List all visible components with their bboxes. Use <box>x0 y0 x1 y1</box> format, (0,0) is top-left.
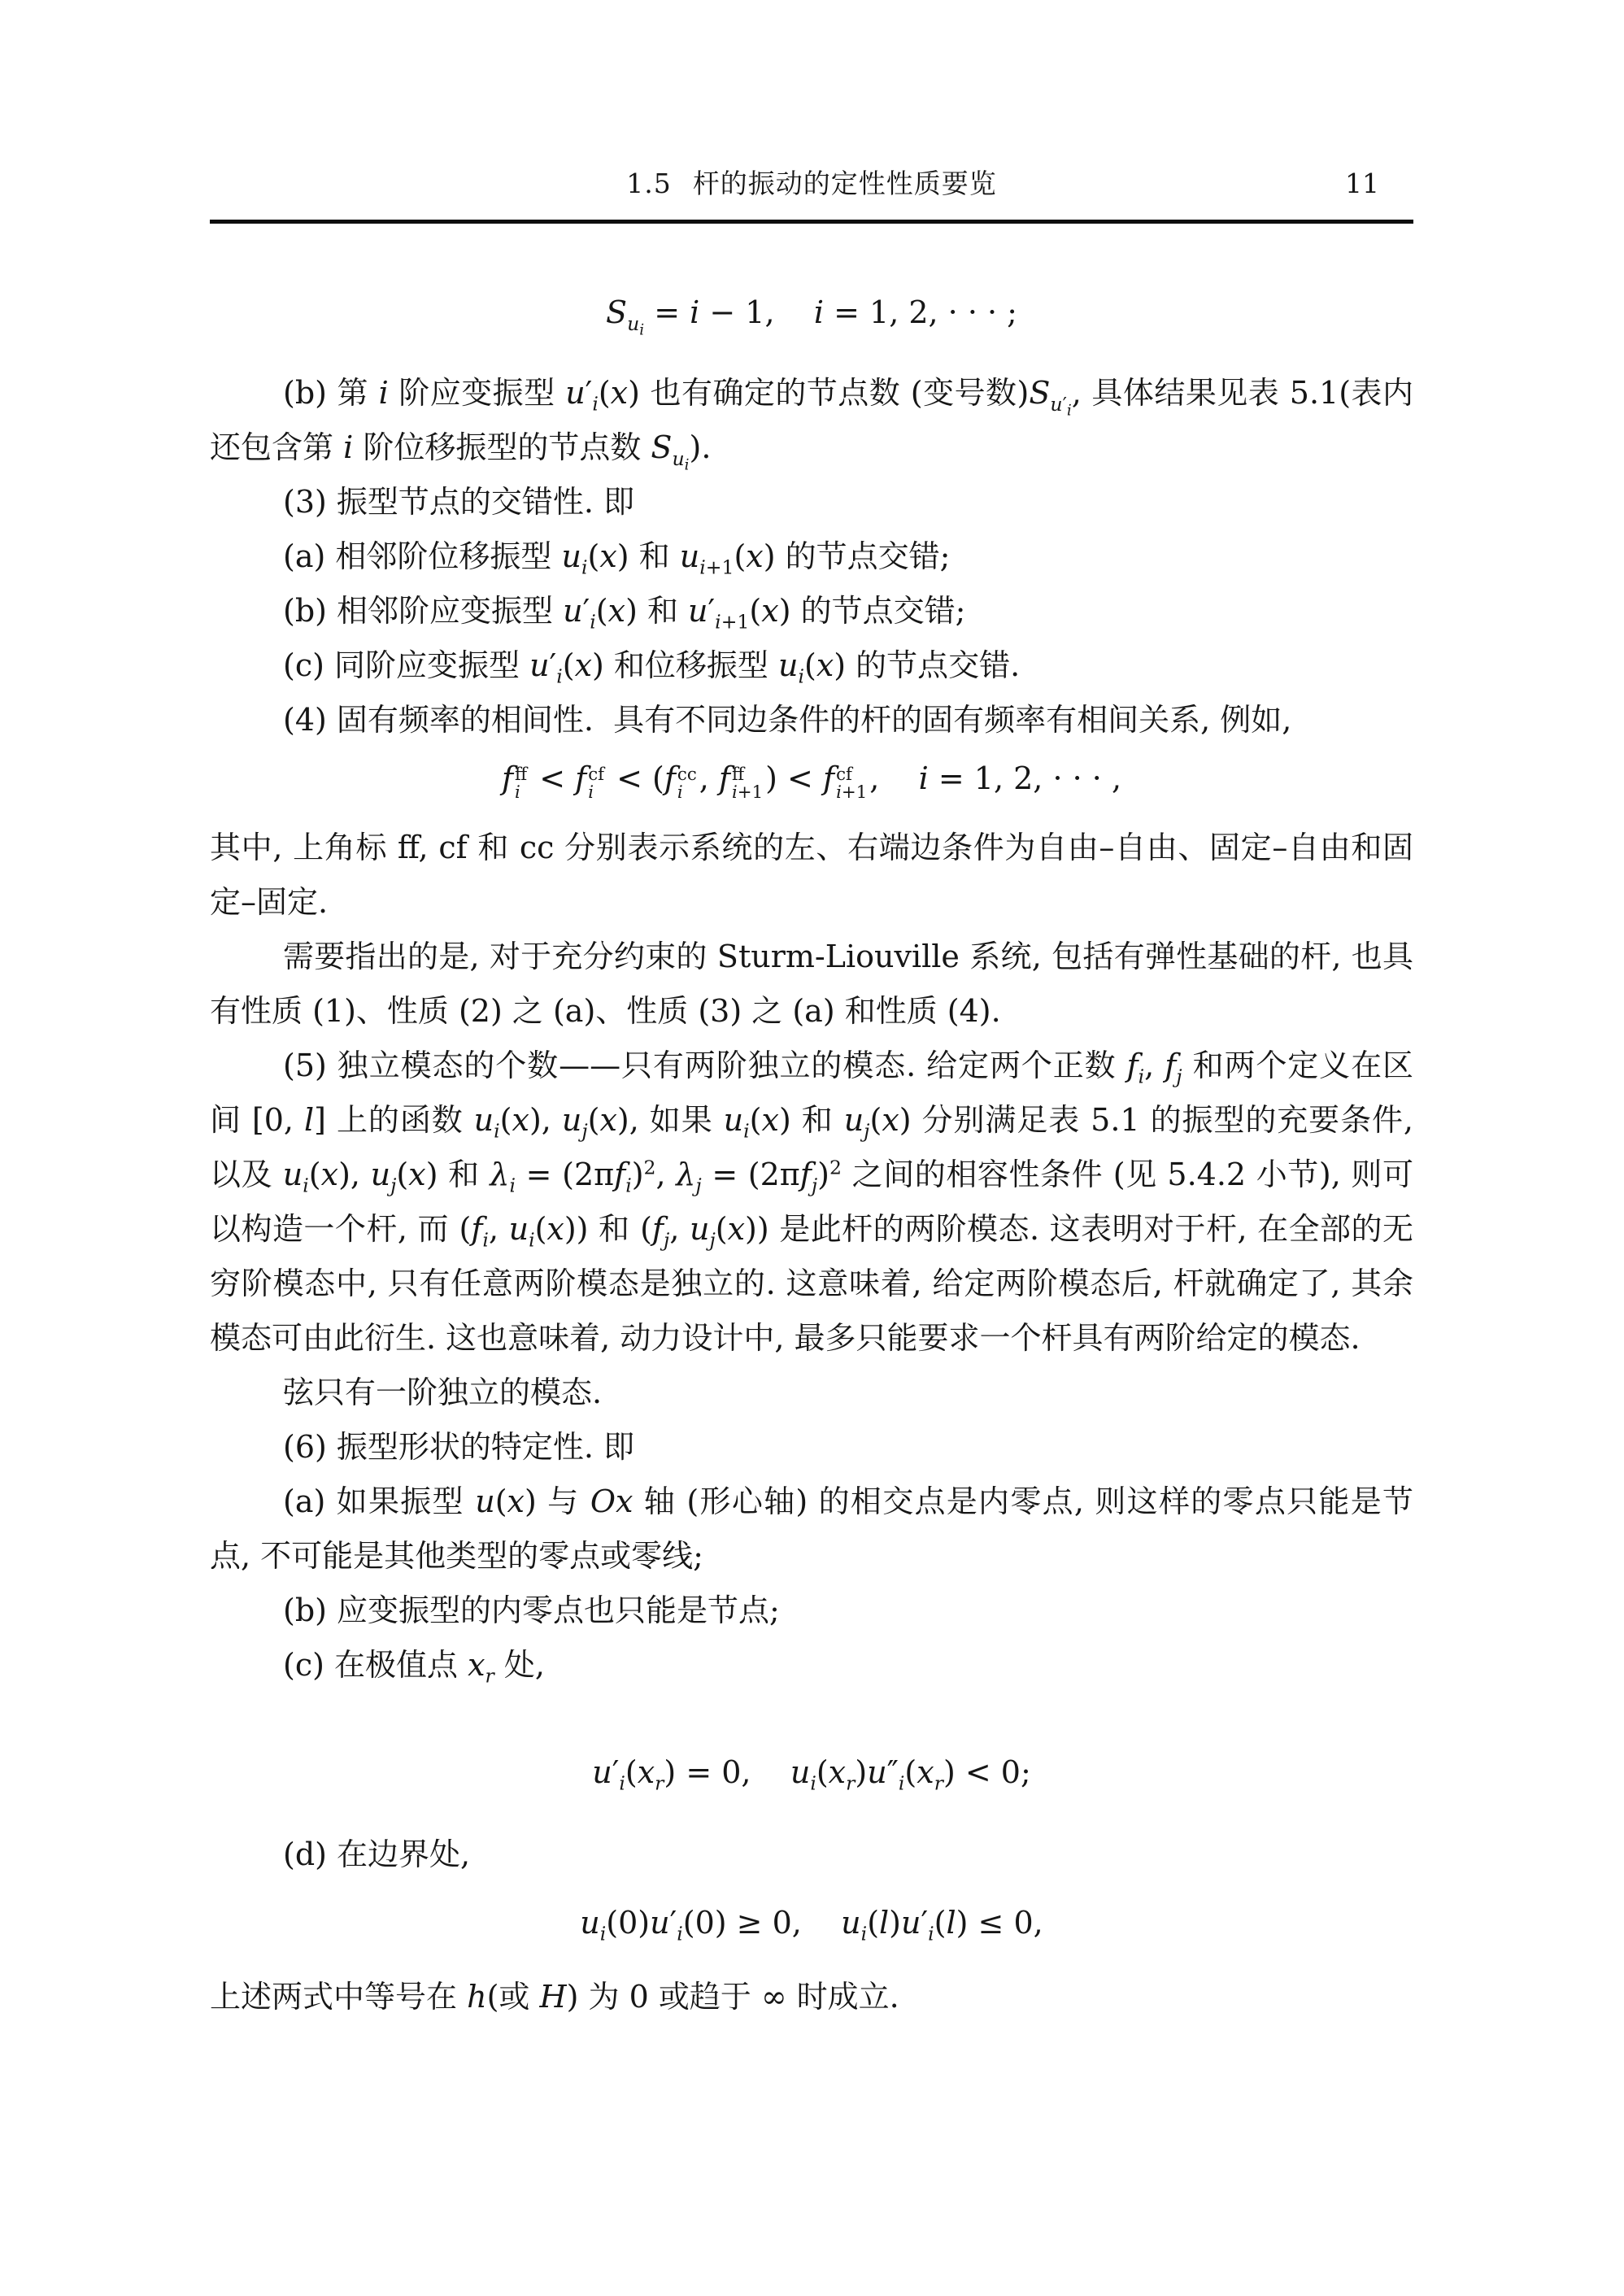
content-body: Sui = i − 1, i = 1, 2, · · · ; (b) 第 i 阶… <box>210 229 1413 2024</box>
para-string-mode: 弦只有一阶独立的模态. <box>210 1366 1413 1420</box>
para-6d: (d) 在边界处, <box>210 1828 1413 1882</box>
para-3a: (a) 相邻阶位移振型 ui(x) 和 ui+1(x) 的节点交错; <box>210 529 1413 584</box>
para-sturm-liouville: 需要指出的是, 对于充分约束的 Sturm-Liouville 系统, 包括有弹… <box>210 930 1413 1039</box>
para-6a: (a) 如果振型 u(x) 与 Ox 轴 (形心轴) 的相交点是内零点, 则这样… <box>210 1475 1413 1584</box>
header-rule <box>210 220 1413 224</box>
para-b-strain-nodes: (b) 第 i 阶应变振型 u′i(x) 也有确定的节点数 (变号数)Su′i,… <box>210 366 1413 475</box>
para-equality-condition: 上述两式中等号在 h(或 H) 为 0 或趋于 ∞ 时成立. <box>210 1970 1413 2024</box>
para-6-mode-shape: (6) 振型形状的特定性. 即 <box>210 1420 1413 1475</box>
running-title: 1.5杆的振动的定性性质要览 <box>210 166 1413 202</box>
formula-node-count: Sui = i − 1, i = 1, 2, · · · ; <box>210 281 1413 343</box>
page-header: 1.5杆的振动的定性性质要览 11 <box>210 166 1413 205</box>
para-3c: (c) 同阶应变振型 u′i(x) 和位移振型 ui(x) 的节点交错. <box>210 638 1413 693</box>
section-title: 杆的振动的定性性质要览 <box>693 168 997 199</box>
formula-boundary: ui(0)u′i(0) ≥ 0, ui(l)u′i(l) ≤ 0, <box>210 1892 1413 1954</box>
para-6b: (b) 应变振型的内零点也只能是节点; <box>210 1584 1413 1638</box>
formula-extremum: u′i(xr) = 0, ui(xr)u″i(xr) < 0; <box>210 1741 1413 1803</box>
page-number: 11 <box>1345 166 1379 202</box>
para-4-frequency-interlacing: (4) 固有频率的相间性. 具有不同边条件的杆的固有频率有相间关系, 例如, <box>210 693 1413 747</box>
para-6c: (c) 在极值点 xr 处, <box>210 1638 1413 1693</box>
para-3-node-interlacing: (3) 振型节点的交错性. 即 <box>210 475 1413 529</box>
para-superscript-note: 其中, 上角标 ff, cf 和 cc 分别表示系统的左、右端边条件为自由–自由… <box>210 821 1413 930</box>
para-5-independent-modes: (5) 独立模态的个数——只有两阶独立的模态. 给定两个正数 fi, fj 和两… <box>210 1039 1413 1366</box>
section-number: 1.5 <box>626 168 671 199</box>
formula-frequency-interlacing: fffi < fcfi < (fcci, fffi+1) < fcfi+1, i… <box>210 747 1413 809</box>
para-3b: (b) 相邻阶应变振型 u′i(x) 和 u′i+1(x) 的节点交错; <box>210 584 1413 638</box>
book-page: 1.5杆的振动的定性性质要览 11 Sui = i − 1, i = 1, 2,… <box>0 0 1624 2296</box>
